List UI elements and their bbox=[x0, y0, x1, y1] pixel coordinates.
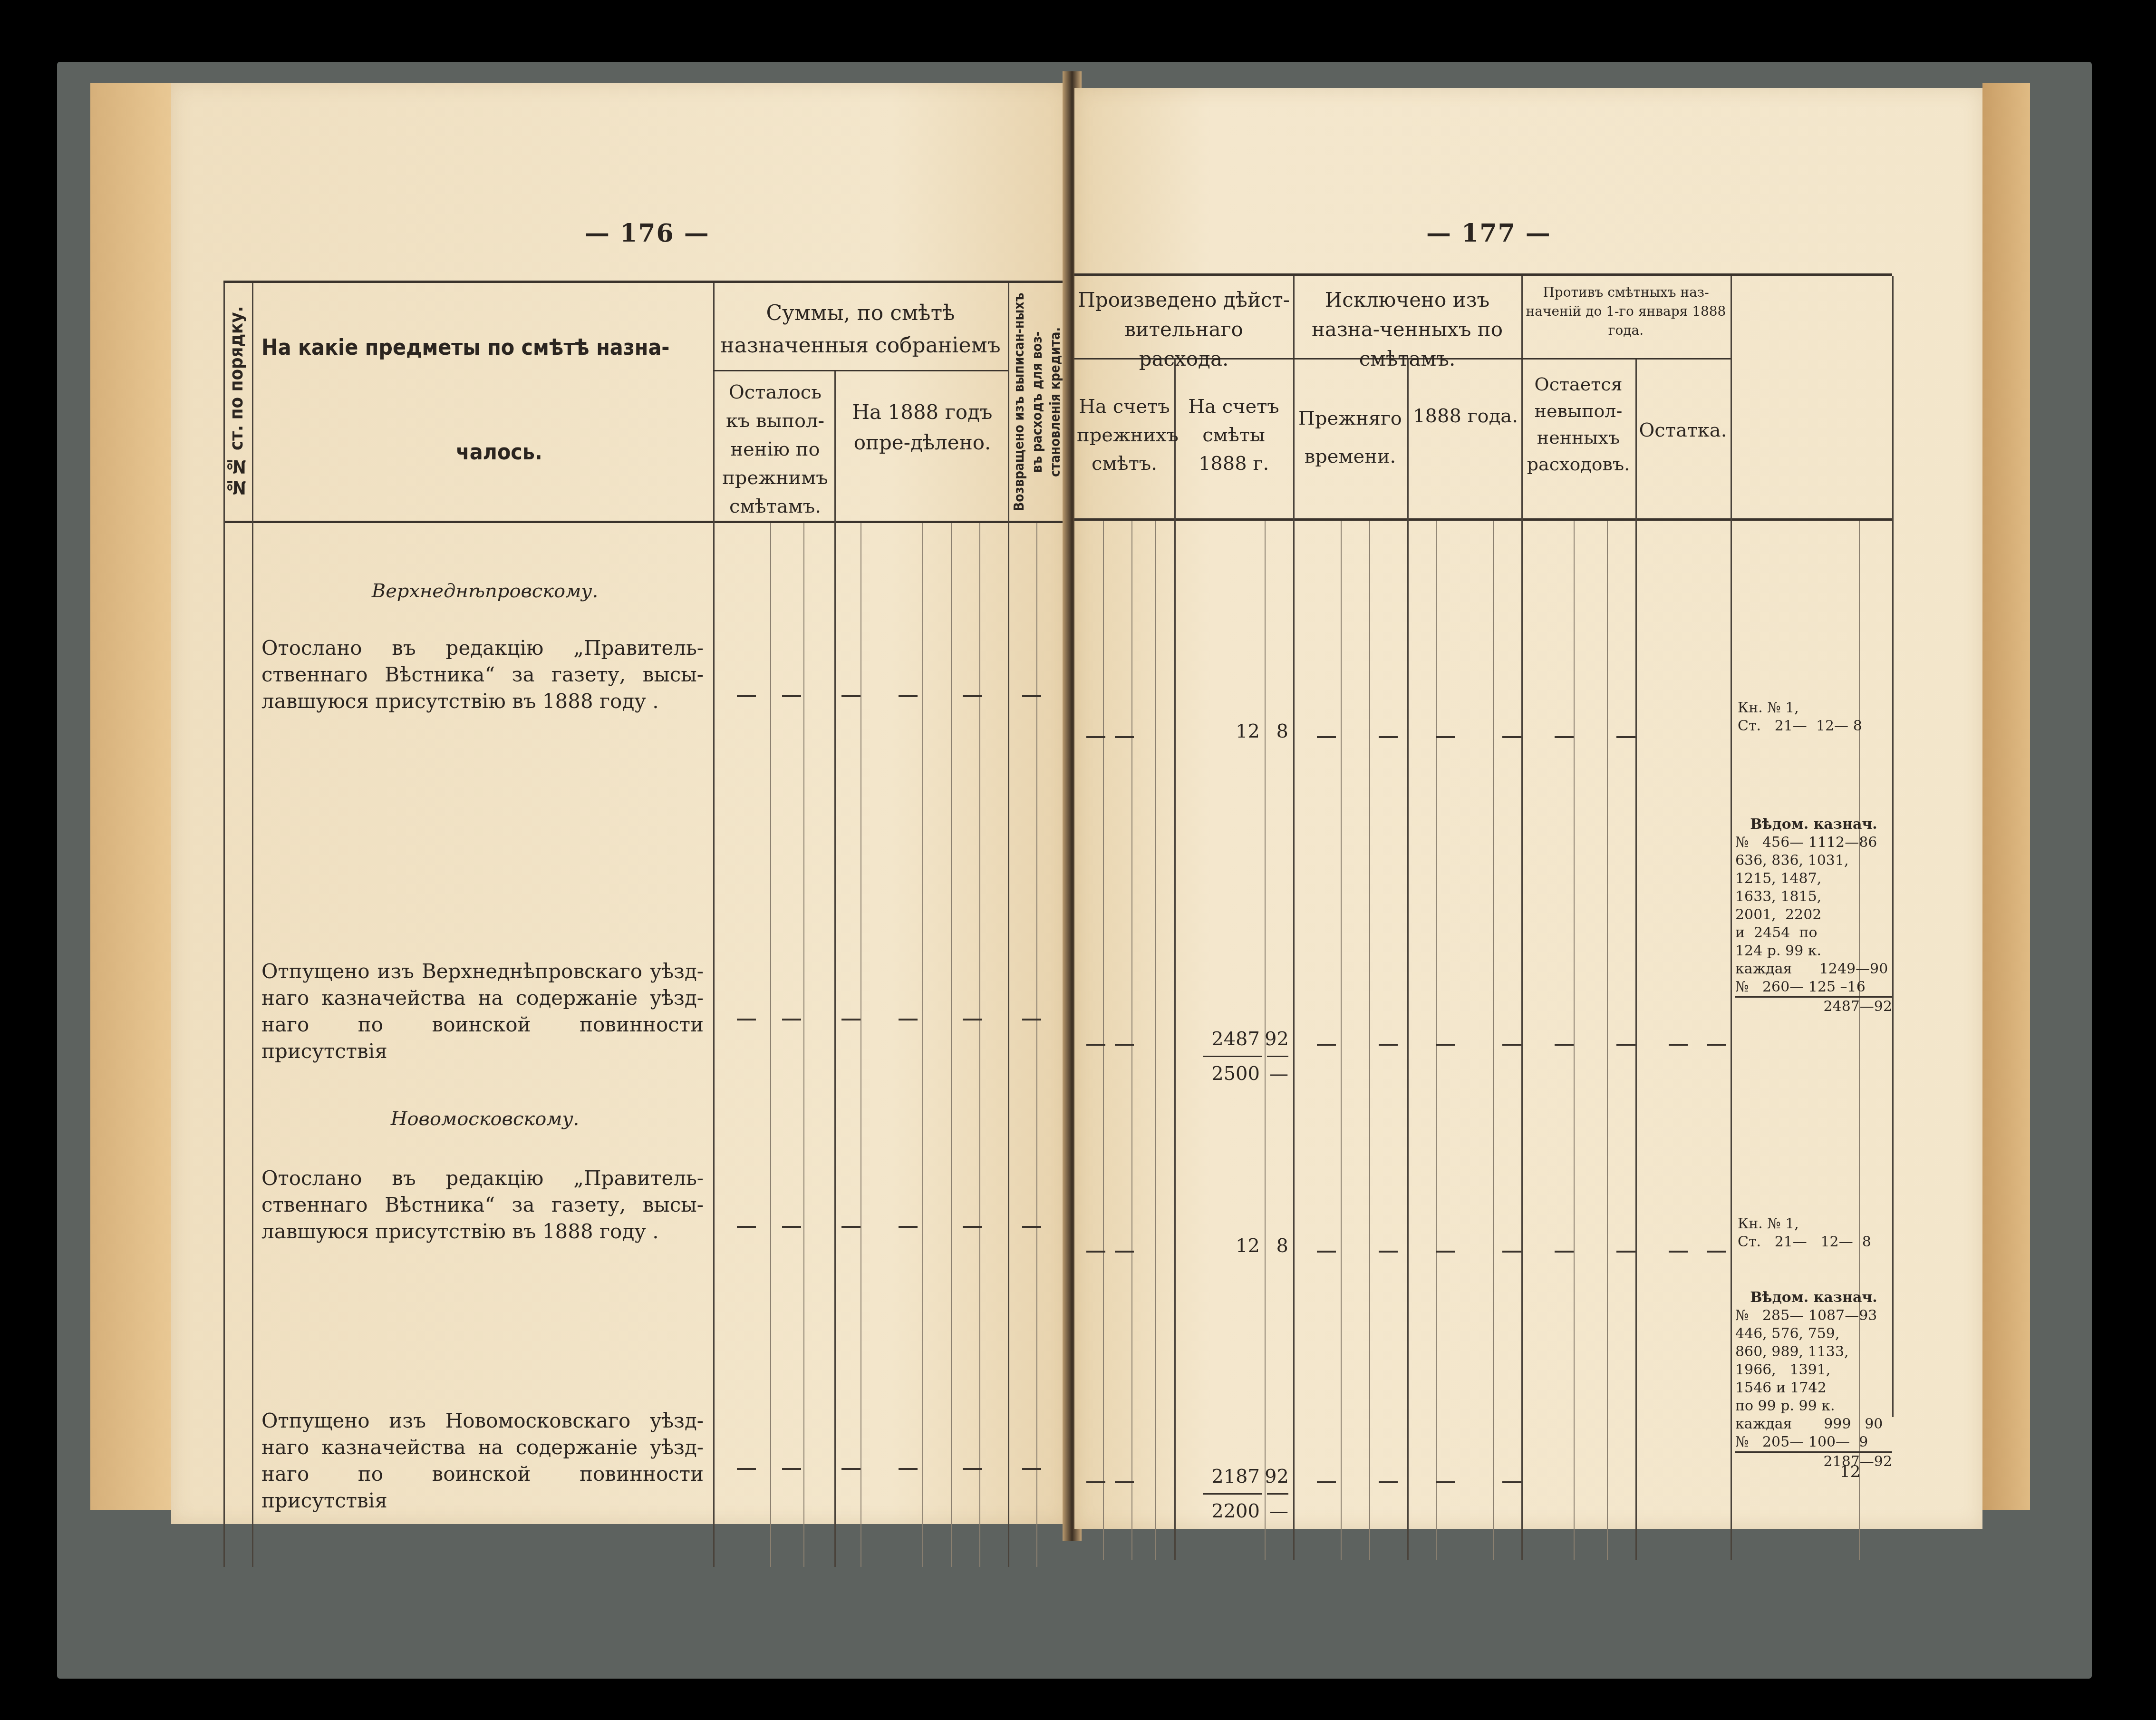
col-header-returned: Возвращено изъ выписан-ныхъ въ расходъ д… bbox=[1010, 292, 1067, 511]
amount-kopecks: 8 bbox=[1265, 1235, 1288, 1257]
total-rubles: 2500 bbox=[1174, 1063, 1260, 1085]
right-page: — 177 — Произведено дѣйст-вительнаго рас… bbox=[1074, 88, 1982, 1529]
col-group-excluded: Исключено изъ назна-ченныхъ по смѣтамъ. bbox=[1296, 285, 1519, 374]
page-edges-right bbox=[1982, 83, 2030, 1510]
col-header-1888-year: 1888 года. bbox=[1412, 390, 1519, 442]
amount-rubles: 12 bbox=[1174, 720, 1260, 742]
left-page: — 176 — №№ ст. по порядку. На какіе пред… bbox=[171, 83, 1070, 1524]
col-header-subject: На какіе предметы по смѣтѣ назна- bbox=[261, 335, 708, 359]
total-kopecks: — bbox=[1265, 1500, 1288, 1522]
amount-rubles: 2487 bbox=[1174, 1028, 1260, 1050]
page-edges-left bbox=[90, 83, 171, 1510]
page-number: — 176 — bbox=[585, 219, 710, 248]
district-heading: Верхнеднѣпровскому. bbox=[261, 580, 708, 602]
col-header-remaining: Осталось къ выпол-ненію по прежнимъ смѣт… bbox=[717, 378, 833, 521]
col-group-actual: Произведено дѣйст-вительнаго расхода. bbox=[1077, 285, 1291, 374]
entry-text: Отпущено изъ Верхнеднѣпровскаго уѣзд-наг… bbox=[261, 958, 704, 1065]
entry-text: Отпущено изъ Новомосковскаго уѣзд-наго к… bbox=[261, 1408, 704, 1514]
total-kopecks: — bbox=[1265, 1063, 1288, 1085]
col-header-unfulfilled: Остается невыпол-ненныхъ расходовъ. bbox=[1524, 371, 1633, 477]
col-group-sums: Суммы, по смѣтѣ назначенныя собраніемъ bbox=[718, 297, 1003, 362]
ledger-table: №№ ст. по порядку. На какіе предметы по … bbox=[223, 281, 1070, 1567]
reference-note: Кн. № 1, Ст. 21— 12— 8 bbox=[1738, 699, 1890, 735]
amount-kopecks: 92 bbox=[1265, 1028, 1288, 1050]
entry-text: Отослано въ редакцію „Правитель-ственнаг… bbox=[261, 635, 704, 715]
col-header-balance: Остатка. bbox=[1638, 418, 1728, 442]
col-header-1888: На 1888 годъ опре-дѣлено. bbox=[839, 397, 1005, 458]
ledger-table: Произведено дѣйст-вительнаго расхода. Ис… bbox=[1074, 273, 1892, 1560]
col-header-prev-time: Прежняго времени. bbox=[1296, 399, 1405, 476]
signature-mark: 12 bbox=[1840, 1462, 1860, 1481]
reference-note: Кн. № 1, Ст. 21— 12— 8 bbox=[1738, 1215, 1890, 1251]
amount-kopecks: 92 bbox=[1265, 1466, 1288, 1487]
col-group-against: Противъ смѣтныхъ наз-наченій до 1-го янв… bbox=[1524, 283, 1728, 340]
col-header-subject-cont: чалось. bbox=[452, 440, 547, 464]
col-header-1888-estimate: На счетъ смѣты 1888 г. bbox=[1177, 392, 1291, 478]
col-header-prev-estimates: На счетъ прежнихъ смѣтъ. bbox=[1077, 392, 1172, 478]
entry-text: Отослано въ редакцію „Правитель-ственнаг… bbox=[261, 1165, 704, 1245]
amount-rubles: 2187 bbox=[1174, 1466, 1260, 1487]
amount-kopecks: 8 bbox=[1265, 720, 1288, 742]
treasury-note: Вѣдом. казнач. № 285— 1087—93 446, 576, … bbox=[1735, 1289, 1892, 1471]
total-rubles: 2200 bbox=[1174, 1500, 1260, 1522]
amount-rubles: 12 bbox=[1174, 1235, 1260, 1257]
treasury-note: Вѣдом. казнач. № 456— 1112—86 636, 836, … bbox=[1735, 816, 1892, 1016]
col-header-number: №№ ст. по порядку. bbox=[226, 288, 252, 516]
district-heading: Новомосковскому. bbox=[261, 1108, 708, 1130]
page-number: — 177 — bbox=[1426, 219, 1551, 248]
